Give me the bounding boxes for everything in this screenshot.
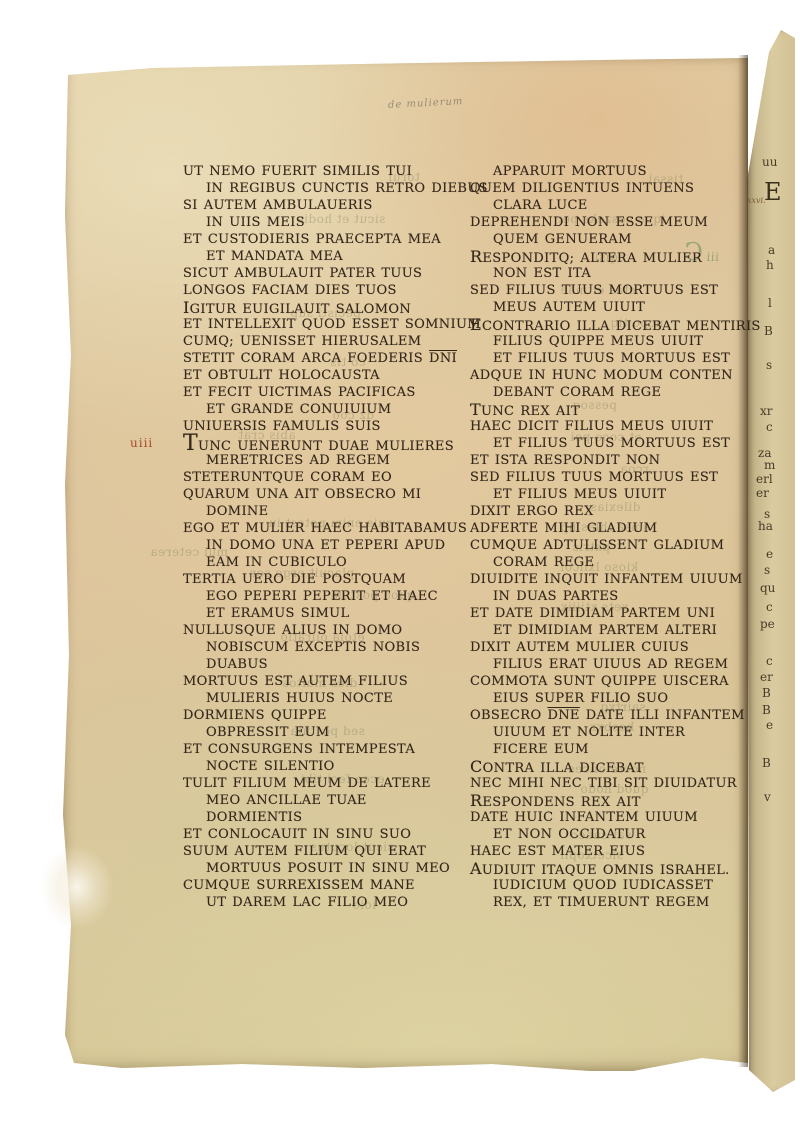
edge-letter: qu [760, 581, 775, 595]
edge-letter: pe [760, 617, 775, 631]
edge-letter: m [764, 458, 775, 472]
edge-letter: v [764, 790, 771, 804]
edge-letter: B [762, 756, 771, 770]
edge-letter: c [766, 600, 773, 614]
edge-letter: er [756, 486, 769, 500]
edge-letter: s [766, 358, 772, 372]
edge-letter: er [760, 670, 773, 684]
edge-letter: erl [756, 472, 773, 486]
edge-numeral-note: xxvi. [747, 196, 766, 205]
manuscript-photo: de mulierum toruisicut et hodiepecisti s… [0, 0, 800, 1142]
edge-letter: e [766, 547, 773, 561]
edge-letter: c [766, 420, 773, 434]
edge-letter: B [764, 324, 773, 338]
edge-letter-layer: uuExxvi.ahlBsxrczamerlershaesqucpecerBBe… [0, 0, 800, 1142]
edge-letter: a [768, 243, 775, 257]
edge-letter: h [766, 258, 774, 272]
edge-letter: ha [758, 519, 773, 533]
edge-letter: c [766, 654, 773, 668]
edge-letter: e [766, 718, 773, 732]
edge-letter: B [762, 703, 771, 717]
edge-letter: E [764, 178, 782, 206]
edge-letter: xr [760, 404, 773, 418]
edge-letter: l [768, 296, 772, 310]
edge-letter: B [762, 686, 771, 700]
edge-letter: s [764, 563, 770, 577]
edge-letter: uu [762, 155, 777, 169]
